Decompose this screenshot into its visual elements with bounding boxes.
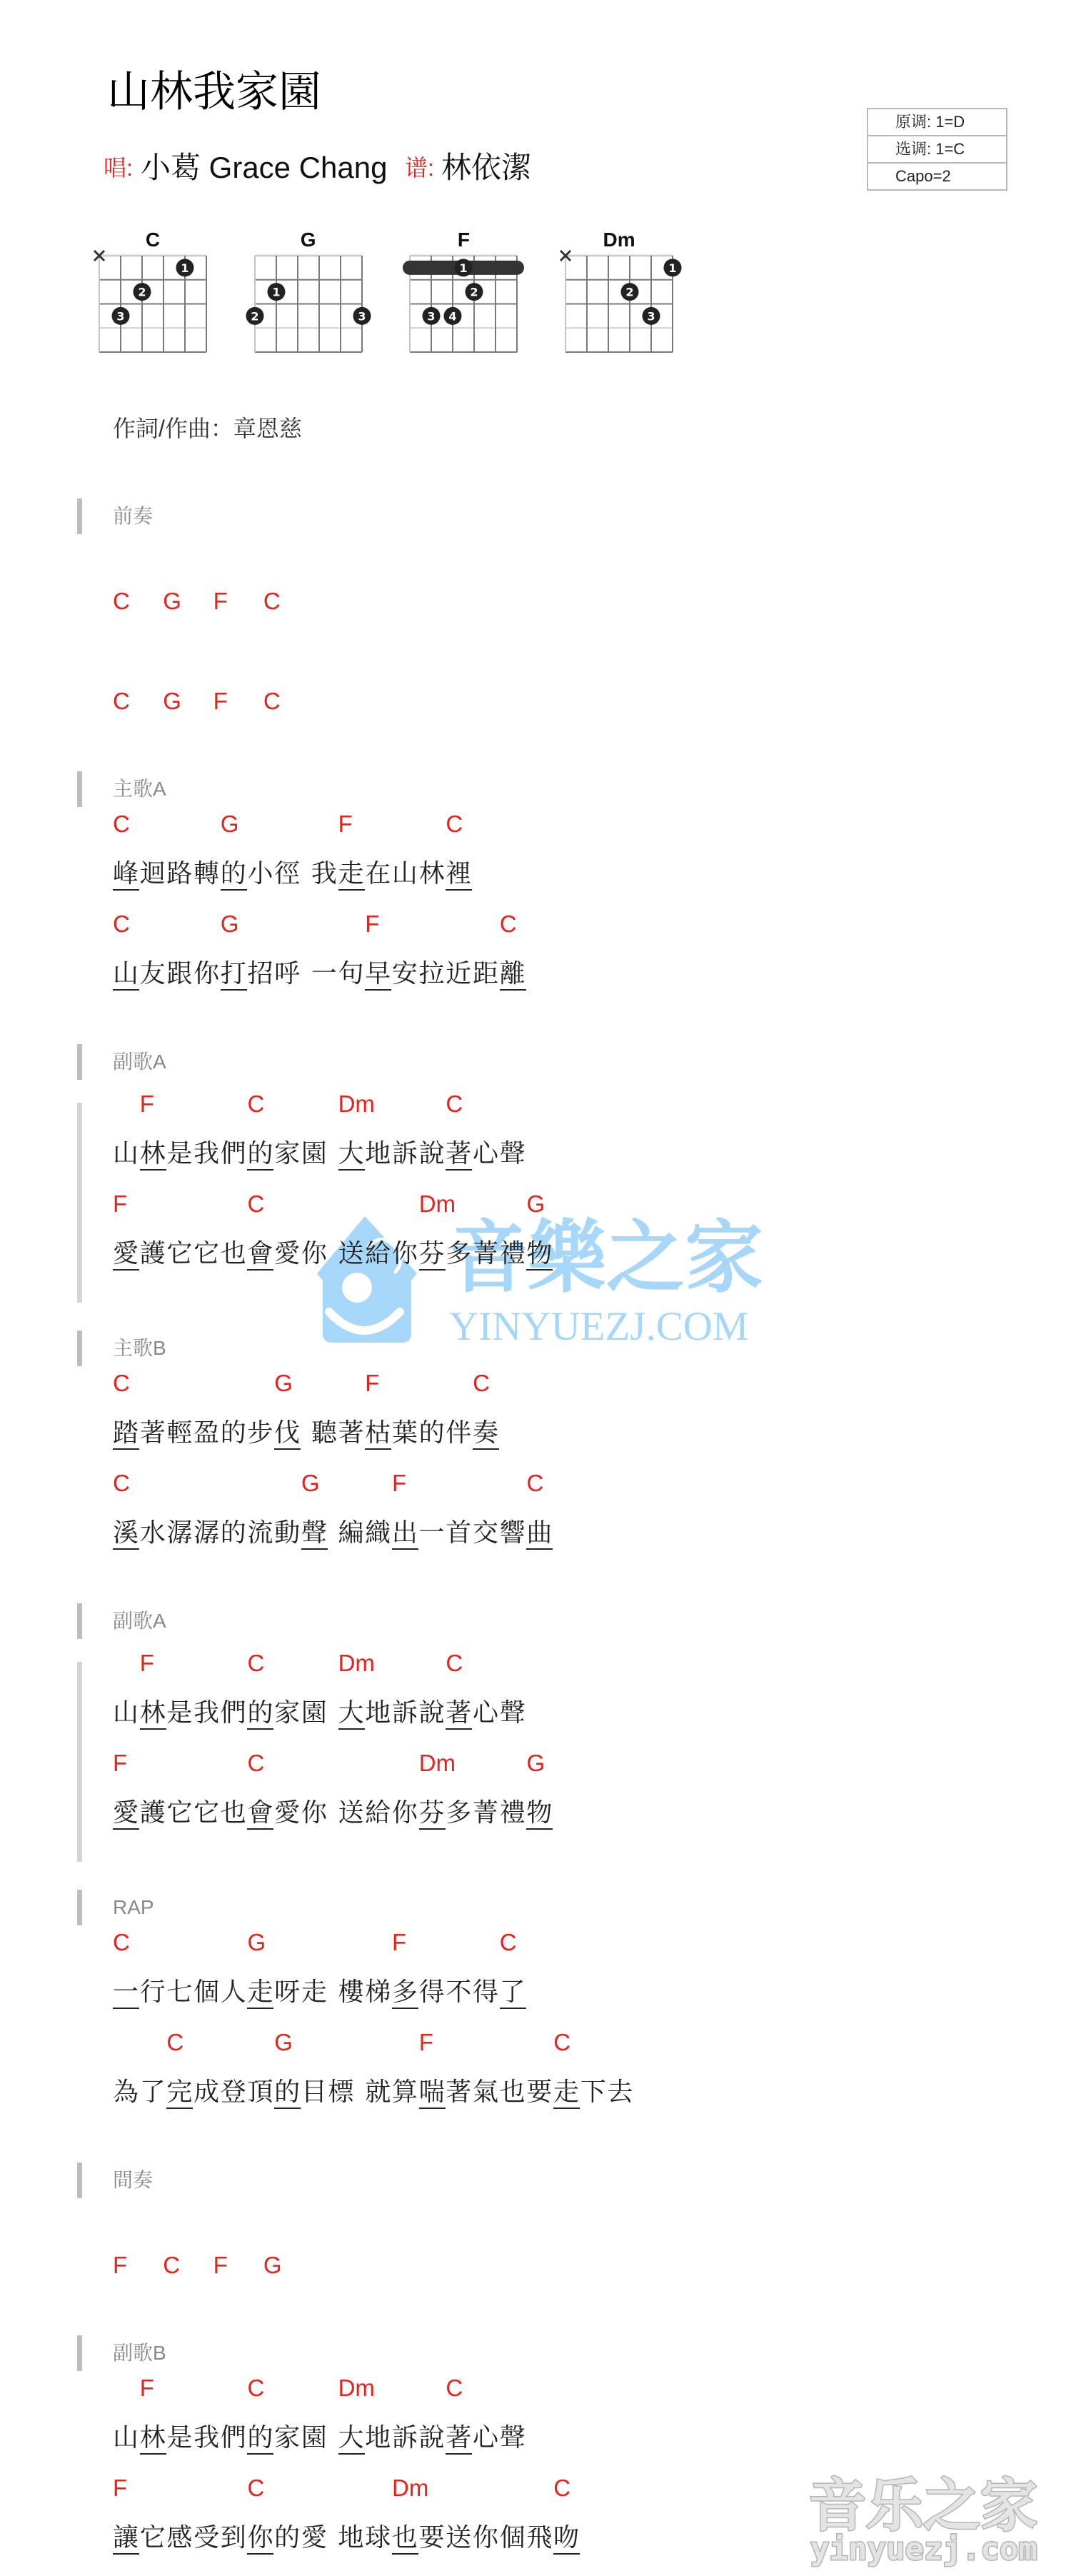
- section-header: 主歌A: [113, 779, 1005, 799]
- song-section: 副歌AFCDmC山林是我們的家園 大地訴說著心聲FCDmG愛護它它也會愛你 送給…: [113, 1611, 1005, 1845]
- lyric-char: 著: [446, 1129, 473, 1179]
- lyric-char: 曲: [526, 1508, 553, 1558]
- lyric-char: 裡: [446, 849, 473, 899]
- chord-row: FCDmC: [113, 2363, 1005, 2413]
- chord-name: F: [392, 1918, 406, 1968]
- lyric-char: 在: [365, 849, 392, 899]
- lyric-char: 行: [140, 1968, 167, 2018]
- chord-diagram-name: F: [392, 227, 535, 253]
- chord-name: C: [163, 2240, 180, 2290]
- lyric-char: 潺: [166, 1508, 193, 1558]
- chord-name: C: [500, 899, 517, 949]
- section-body: FCFG: [113, 2190, 1005, 2290]
- svg-text:3: 3: [358, 309, 366, 323]
- section-marker: [77, 1330, 82, 1366]
- lyric-char: 踏: [113, 1408, 140, 1458]
- lyric-char: 得: [419, 1968, 446, 2018]
- lyric-char: 響: [500, 1508, 527, 1558]
- lyric-char: 聲: [500, 1688, 527, 1738]
- section-marker: [77, 2335, 82, 2371]
- lyric-char: 我: [311, 849, 338, 899]
- lyric-char: 你: [301, 1788, 328, 1838]
- chord-name: F: [113, 1179, 127, 1229]
- lyric-char: 感: [166, 2513, 193, 2563]
- lyric-char: 動: [274, 1508, 301, 1558]
- lyric-char: 頂: [247, 2068, 274, 2118]
- lyric-char: 菁: [473, 1229, 500, 1279]
- lyric-char: 走: [301, 1968, 328, 2018]
- section-label: 副歌A: [113, 1051, 166, 1073]
- lyric-char: 人: [221, 1968, 248, 2018]
- svg-text:3: 3: [428, 309, 436, 323]
- lyric-char: 步: [247, 1408, 274, 1458]
- song-section: 間奏FCFG: [113, 2170, 1005, 2290]
- chord-name: G: [163, 676, 181, 726]
- capo: Capo=2: [868, 162, 1006, 189]
- lyric-char: 說: [419, 1688, 446, 1738]
- lyric-char: 們: [221, 2413, 248, 2463]
- lyric-char: 心: [473, 1129, 500, 1179]
- lyric-char: [328, 2413, 338, 2463]
- chord-row: [113, 526, 1005, 576]
- section-body: CGFC峰迴路轉的小徑 我走在山林裡CGFC山友跟你打招呼 一句早安拉近距離: [113, 799, 1005, 999]
- lyric-char: 也: [221, 1788, 248, 1838]
- lyric-char: 著: [140, 1408, 167, 1458]
- svg-text:4: 4: [449, 309, 457, 323]
- lyric-char: 著: [446, 1688, 473, 1738]
- chord-name: F: [338, 799, 353, 849]
- chord-row: CGFC: [113, 1358, 1005, 1408]
- lyric-char: 個: [193, 1968, 221, 2018]
- lyric-char: [328, 1129, 338, 1179]
- chord-row: CGFC: [113, 1458, 1005, 1508]
- lyric-char: 送: [338, 1788, 366, 1838]
- chord-name: C: [113, 676, 130, 726]
- section-label: 副歌A: [113, 1610, 166, 1632]
- chord-name: F: [113, 1738, 127, 1788]
- chord-progression: CGFC: [113, 676, 1005, 726]
- lyric-char: 著: [446, 2068, 473, 2118]
- lyric-char: 的: [221, 849, 248, 899]
- svg-text:2: 2: [138, 286, 146, 299]
- section-header: 主歌B: [113, 1338, 1005, 1358]
- chord-name: C: [248, 1079, 265, 1129]
- chord-name: C: [166, 2018, 183, 2068]
- lyric-char: 成: [193, 2068, 221, 2118]
- chord-name: G: [221, 899, 239, 949]
- lyric-char: 你: [193, 949, 221, 999]
- lyric-char: 安: [392, 949, 419, 999]
- lyric-char: 去: [607, 2068, 634, 2118]
- chorus-marker: [77, 1103, 82, 1303]
- lyric-char: 峰: [113, 849, 140, 899]
- chord-row: CGFC: [113, 799, 1005, 849]
- chord-row: CGFC: [113, 1918, 1005, 1968]
- lyric-char: 山: [113, 2413, 140, 2463]
- chord-name: G: [274, 2018, 293, 2068]
- lyric-char: 七: [166, 1968, 193, 2018]
- lyric-char: 織: [365, 1508, 392, 1558]
- lyric-char: 不: [446, 1968, 473, 2018]
- lyric-char: 首: [446, 1508, 473, 1558]
- lyric-char: 著: [338, 1408, 366, 1458]
- lyric-char: 早: [365, 949, 392, 999]
- chord-name: G: [221, 799, 239, 849]
- chorus-block: FCDmC山林是我們的家園 大地訴說著心聲FCDmG愛護它它也會愛你 送給你芬多…: [113, 1631, 1005, 1845]
- lyric-char: 送: [338, 1229, 366, 1279]
- section-header: 前奏: [113, 506, 1005, 526]
- section-header: 副歌B: [113, 2343, 1005, 2363]
- lyric-char: 們: [221, 1129, 248, 1179]
- chorus-marker: [77, 1662, 82, 1862]
- svg-text:3: 3: [648, 309, 655, 323]
- chord-name: C: [248, 2363, 265, 2413]
- lyric-char: 園: [301, 1129, 328, 1179]
- lyric-char: 流: [247, 1508, 274, 1558]
- chord-diagram-name: G: [237, 227, 380, 253]
- lyric-char: 氣: [473, 2068, 500, 2118]
- chord-row: FCDmC: [113, 2463, 1005, 2513]
- chord-name: F: [213, 2240, 228, 2290]
- lyric-char: 是: [166, 1129, 193, 1179]
- lyric-char: 芬: [419, 1788, 446, 1838]
- chord-name: C: [248, 1638, 265, 1688]
- chord-diagram: 1234F: [392, 227, 535, 363]
- svg-text:3: 3: [116, 309, 124, 323]
- lyric-line: 為了完成登頂的目標 就算喘著氣也要走下去: [113, 2068, 1005, 2118]
- chord-name: G: [301, 1458, 320, 1508]
- lyric-char: 聲: [500, 1129, 527, 1179]
- section-marker: [77, 1890, 82, 1925]
- lyric-char: 就: [365, 2068, 392, 2118]
- lyric-char: 會: [247, 1788, 274, 1838]
- lyric-char: 山: [113, 949, 140, 999]
- lyric-char: 的: [247, 1129, 274, 1179]
- lyric-char: 算: [392, 2068, 419, 2118]
- lyric-char: 會: [247, 1229, 274, 1279]
- lyric-char: 得: [473, 1968, 500, 2018]
- lyric-char: 個: [500, 2513, 527, 2563]
- lyric-char: 徑: [274, 849, 301, 899]
- svg-text:1: 1: [460, 261, 468, 275]
- lyric-char: 給: [365, 1229, 392, 1279]
- arranger-name: 林依潔: [441, 150, 531, 186]
- lyric-line: 山林是我們的家園 大地訴說著心聲: [113, 1129, 1005, 1179]
- chord-name: C: [527, 1458, 544, 1508]
- chord-name: F: [140, 2363, 154, 2413]
- chord-name: C: [446, 799, 463, 849]
- lyric-char: 山: [113, 1129, 140, 1179]
- lyric-char: 我: [193, 1688, 221, 1738]
- chord-name: F: [113, 2463, 127, 2513]
- song-section: 主歌BCGFC踏著輕盈的步伐 聽著枯葉的伴奏CGFC溪水潺潺的流動聲 編織出一首…: [113, 1338, 1005, 1558]
- svg-text:1: 1: [181, 261, 188, 275]
- lyric-char: 給: [365, 1788, 392, 1838]
- lyric-char: 目: [301, 2068, 328, 2118]
- lyric-char: 說: [419, 1129, 446, 1179]
- lyric-char: 也: [392, 2513, 419, 2563]
- chord-name: Dm: [338, 2363, 375, 2413]
- lyric-char: 的: [221, 1508, 248, 1558]
- lyric-char: 了: [140, 2068, 167, 2118]
- chord-row: FCDmG: [113, 1738, 1005, 1788]
- lyric-char: 物: [526, 1788, 553, 1838]
- lyric-char: [328, 1508, 338, 1558]
- lyric-char: 著: [446, 2413, 473, 2463]
- lyric-line: 山林是我們的家園 大地訴說著心聲: [113, 2413, 1005, 2463]
- section-header: 間奏: [113, 2170, 1005, 2190]
- section-label: 間奏: [113, 2169, 153, 2191]
- lyric-line: 讓它感受到你的愛 地球也要送你個飛吻: [113, 2513, 1005, 2563]
- lyric-char: [328, 1968, 338, 2018]
- section-marker: [77, 1044, 82, 1080]
- chord-sheet-page: 山林我家園 唱: 小葛 Grace Chang 谱: 林依潔 原调: 1=D 选…: [0, 0, 1071, 2576]
- lyric-char: 一: [311, 949, 338, 999]
- key-info-box: 原调: 1=D 选调: 1=C Capo=2: [867, 108, 1007, 191]
- chord-row: FCDmC: [113, 1638, 1005, 1688]
- lyric-char: 你: [473, 2513, 500, 2563]
- chord-name: C: [553, 2018, 570, 2068]
- chord-name: C: [446, 2363, 463, 2413]
- chord-row: [113, 2190, 1005, 2240]
- lyric-char: 聲: [500, 2413, 527, 2463]
- section-marker: [77, 498, 82, 534]
- section-header: RAP: [113, 1898, 1005, 1918]
- lyric-char: 的: [419, 1408, 446, 1458]
- lyric-char: 輕: [166, 1408, 193, 1458]
- lyric-char: 迴: [140, 849, 167, 899]
- lyric-char: 家: [274, 2413, 301, 2463]
- lyric-char: 水: [140, 1508, 167, 1558]
- lyric-char: 多: [446, 1788, 473, 1838]
- chord-diagram: 123G: [237, 227, 380, 363]
- lyric-char: 地: [338, 2513, 366, 2563]
- lyric-char: 它: [166, 1788, 193, 1838]
- chord-name: Dm: [419, 1179, 456, 1229]
- chord-name: C: [446, 1638, 463, 1688]
- svg-text:1: 1: [272, 286, 280, 299]
- lyric-char: 轉: [193, 849, 221, 899]
- lyric-char: 菁: [473, 1788, 500, 1838]
- lyric-char: 拉: [419, 949, 446, 999]
- chord-row: [113, 626, 1005, 676]
- lyric-char: 林: [419, 849, 446, 899]
- section-body: CGFC一行七個人走呀走 樓梯多得不得了CGFC為了完成登頂的目標 就算喘著氣也…: [113, 1918, 1005, 2118]
- lyric-char: 家: [274, 1129, 301, 1179]
- chord-name: C: [446, 1079, 463, 1129]
- lyric-char: 家: [274, 1688, 301, 1738]
- chord-name: G: [248, 1918, 266, 1968]
- section-body: CGFCCGFC: [113, 526, 1005, 726]
- chord-name: C: [263, 576, 281, 626]
- lyric-char: 小: [247, 849, 274, 899]
- lyric-char: 心: [473, 1688, 500, 1738]
- lyric-line: 山林是我們的家園 大地訴說著心聲: [113, 1688, 1005, 1738]
- section-marker: [77, 2162, 82, 2198]
- lyric-char: 大: [338, 2413, 366, 2463]
- lyric-char: 一: [113, 1968, 140, 2018]
- lyric-line: 踏著輕盈的步伐 聽著枯葉的伴奏: [113, 1408, 1005, 1458]
- section-label: 主歌B: [113, 1337, 166, 1359]
- lyric-char: 離: [500, 949, 527, 999]
- lyric-char: 距: [473, 949, 500, 999]
- lyric-char: 愛: [274, 1229, 301, 1279]
- lyric-char: 愛: [113, 1229, 140, 1279]
- lyric-char: 多: [392, 1968, 419, 2018]
- lyric-char: 為: [113, 2068, 140, 2118]
- lyric-char: 你: [301, 1229, 328, 1279]
- lyric-char: 們: [221, 1688, 248, 1738]
- chord-diagram-name: C: [81, 227, 224, 253]
- chord-name: C: [248, 1179, 265, 1229]
- lyric-char: 樓: [338, 1968, 366, 2018]
- lyric-char: 球: [365, 2513, 392, 2563]
- singer-label: 唱:: [104, 150, 133, 186]
- lyric-char: 編: [338, 1508, 366, 1558]
- chord-diagram-name: Dm: [548, 227, 690, 253]
- lyric-char: 多: [446, 1229, 473, 1279]
- lyric-char: 登: [221, 2068, 248, 2118]
- lyric-char: 到: [221, 2513, 248, 2563]
- chord-name: C: [113, 1918, 130, 1968]
- chord-name: F: [419, 2018, 433, 2068]
- lyric-char: [301, 1408, 311, 1458]
- svg-text:2: 2: [626, 286, 634, 299]
- lyric-char: 走: [338, 849, 366, 899]
- lyric-char: 你: [392, 1788, 419, 1838]
- lyric-char: 山: [392, 849, 419, 899]
- chord-name: F: [213, 676, 228, 726]
- chord-name: G: [263, 2240, 282, 2290]
- chord-name: Dm: [338, 1638, 375, 1688]
- song-section: 副歌AFCDmC山林是我們的家園 大地訴說著心聲FCDmG愛護它它也會愛你 送給…: [113, 1052, 1005, 1286]
- lyric-char: 招: [247, 949, 274, 999]
- lyric-char: 路: [166, 849, 193, 899]
- lyric-char: 是: [166, 1688, 193, 1738]
- lyric-char: 園: [301, 2413, 328, 2463]
- lyric-char: 愛: [301, 2513, 328, 2563]
- chord-name: F: [392, 1458, 406, 1508]
- lyric-char: 梯: [365, 1968, 392, 2018]
- chord-row: CGFC: [113, 899, 1005, 949]
- section-label: 主歌A: [113, 778, 166, 800]
- lyric-char: 受: [193, 2513, 221, 2563]
- lyric-line: 山友跟你打招呼 一句早安拉近距離: [113, 949, 1005, 999]
- lyric-char: 大: [338, 1129, 366, 1179]
- lyric-char: 溪: [113, 1508, 140, 1558]
- chord-name: C: [113, 1458, 130, 1508]
- chord-name: C: [248, 2463, 265, 2513]
- lyric-line: 愛護它它也會愛你 送給你芬多菁禮物: [113, 1788, 1005, 1838]
- lyric-char: 呀: [274, 1968, 301, 2018]
- lyric-char: 訴: [392, 1688, 419, 1738]
- lyric-char: 它: [193, 1788, 221, 1838]
- song-section: 主歌ACGFC峰迴路轉的小徑 我走在山林裡CGFC山友跟你打招呼 一句早安拉近距…: [113, 779, 1005, 999]
- chord-name: F: [140, 1638, 154, 1688]
- chord-name: G: [163, 576, 181, 626]
- chord-name: C: [248, 1738, 265, 1788]
- lyric-char: 是: [166, 2413, 193, 2463]
- section-label: 前奏: [113, 505, 153, 527]
- lyric-char: 大: [338, 1688, 366, 1738]
- lyric-char: 禮: [500, 1229, 527, 1279]
- lyric-char: 訴: [392, 2413, 419, 2463]
- lyric-char: 你: [247, 2513, 274, 2563]
- lyric-char: 呼: [274, 949, 301, 999]
- lyric-char: 林: [140, 1688, 167, 1738]
- lyric-char: 伐: [274, 1408, 301, 1458]
- lyric-char: [328, 2513, 338, 2563]
- lyric-char: 喘: [419, 2068, 446, 2118]
- chord-name: Dm: [419, 1738, 456, 1788]
- lyric-char: 訴: [392, 1129, 419, 1179]
- section-label: RAP: [113, 1896, 154, 1918]
- section-body: FCDmC山林是我們的家園 大地訴說著心聲FCDmC讓它感受到你的愛 地球也要送…: [113, 2363, 1005, 2563]
- chord-row: FCDmC: [113, 1079, 1005, 1129]
- chord-name: C: [553, 2463, 570, 2513]
- chord-name: Dm: [392, 2463, 428, 2513]
- lyric-char: 護: [140, 1229, 167, 1279]
- chord-name: G: [527, 1738, 545, 1788]
- lyric-char: 你: [392, 1229, 419, 1279]
- chord-diagram: 123Dm: [548, 227, 690, 363]
- chord-name: C: [263, 676, 281, 726]
- chord-name: C: [500, 1918, 517, 1968]
- lyric-char: 說: [419, 2413, 446, 2463]
- lyric-char: 聽: [311, 1408, 338, 1458]
- lyric-char: 它: [166, 1229, 193, 1279]
- lyric-char: 林: [140, 1129, 167, 1179]
- lyric-char: 也: [221, 1229, 248, 1279]
- lyric-char: 我: [193, 2413, 221, 2463]
- lyric-char: 園: [301, 1688, 328, 1738]
- lyric-char: 送: [446, 2513, 473, 2563]
- lyric-char: 走: [247, 1968, 274, 2018]
- lyric-char: 物: [526, 1229, 553, 1279]
- lyric-char: 要: [419, 2513, 446, 2563]
- lyric-char: 標: [328, 2068, 356, 2118]
- lyric-char: 也: [500, 2068, 527, 2118]
- lyric-line: 峰迴路轉的小徑 我走在山林裡: [113, 849, 1005, 899]
- lyric-char: 它: [193, 1229, 221, 1279]
- original-key: 原调: 1=D: [868, 109, 1006, 135]
- chord-progression: FCFG: [113, 2240, 1005, 2290]
- chord-name: F: [365, 899, 379, 949]
- chord-row: FCDmG: [113, 1179, 1005, 1229]
- section-marker: [77, 1603, 82, 1639]
- svg-text:2: 2: [251, 309, 258, 323]
- lyric-char: 打: [221, 949, 248, 999]
- lyric-char: 奏: [473, 1408, 500, 1458]
- lyric-char: 伴: [446, 1408, 473, 1458]
- lyric-char: 盈: [193, 1408, 221, 1458]
- lyric-char: [328, 1688, 338, 1738]
- play-key: 选调: 1=C: [868, 135, 1006, 162]
- svg-text:1: 1: [669, 261, 677, 275]
- svg-text:2: 2: [471, 286, 478, 299]
- lyric-char: 愛: [274, 1788, 301, 1838]
- lyric-char: [328, 1229, 338, 1279]
- chord-name: F: [365, 1358, 379, 1408]
- chord-name: F: [113, 2240, 127, 2290]
- chord-name: G: [274, 1358, 293, 1408]
- section-header: 副歌A: [113, 1611, 1005, 1631]
- lyric-char: 芬: [419, 1229, 446, 1279]
- lyric-char: 一: [419, 1508, 446, 1558]
- lyric-char: 的: [274, 2513, 301, 2563]
- lyric-char: 林: [140, 2413, 167, 2463]
- chorus-block: FCDmC山林是我們的家園 大地訴說著心聲FCDmG愛護它它也會愛你 送給你芬多…: [113, 1072, 1005, 1286]
